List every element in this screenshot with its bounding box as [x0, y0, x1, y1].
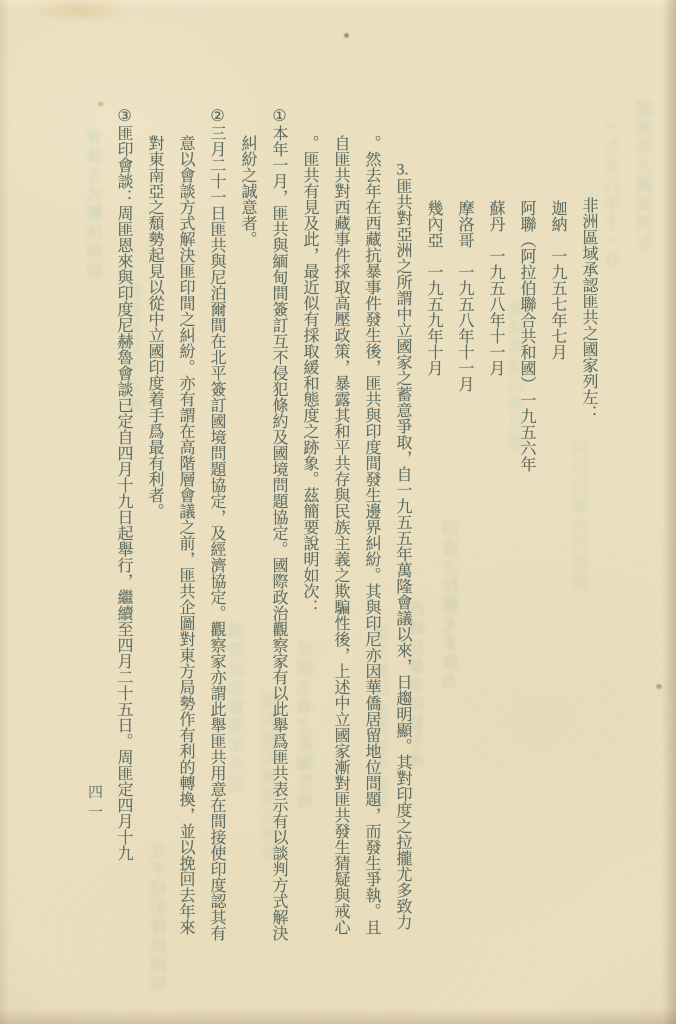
paragraph-text: 匪印會談：周匪恩來與印度尼赫魯會談已定自四月十九日起舉行，繼續至四月二十五日。周…	[115, 125, 132, 861]
country-name: 摩洛哥	[456, 200, 473, 248]
section-heading: 非洲區域承認匪共之國家列左：	[573, 135, 604, 943]
paragraph-item-1: ①本年一月，匪共與緬甸間簽訂互不侵犯條約及國境問題協定。國際政治觀察家有以此舉爲…	[232, 135, 294, 943]
paragraph-item-3: ③匪印會談：周匪恩來與印度尼赫魯會談已定自四月十九日起舉行，繼續至四月二十五日。…	[108, 135, 139, 943]
paragraph-text: 本年一月，匪共與緬甸間簽訂互不侵犯條約及國境問題協定。國際政治觀察家有以此舉爲匪…	[239, 125, 287, 941]
country-entry-sudan: 蘇丹 一九五八年十一月	[480, 135, 511, 943]
country-date: 一九五六年	[518, 392, 535, 472]
paragraph-marker: 3.	[394, 162, 411, 178]
country-separator	[487, 232, 504, 248]
bleedthrough-column: 一九五八年十一月	[604, 118, 625, 270]
country-name: 幾內亞	[425, 200, 442, 248]
country-entry-guinea: 幾內亞 一九五九年十月	[418, 135, 449, 943]
country-name: 阿聯（阿拉伯聯合共和國）	[518, 200, 535, 392]
item-marker: ②	[208, 106, 225, 125]
item-marker: ③	[115, 106, 132, 125]
bleedthrough-column: 認匪共之國家列左	[636, 100, 657, 252]
country-separator	[549, 232, 566, 248]
country-separator	[456, 248, 473, 264]
country-entry-morocco: 摩洛哥 一九五八年十一月	[449, 135, 480, 943]
scanned-document-page: 認匪共之國家列左 一九五八年十一月 萬隆會議以來日趨 阿拉伯聯合共和國 印度之拉…	[0, 0, 676, 1024]
country-date: 一九五九年十月	[425, 264, 442, 376]
country-entry-ghana: 迦納 一九五七年七月	[542, 135, 573, 943]
paragraph-text: 三月二十一日匪共與尼泊爾間在北平簽訂國境問題協定，及經濟協定。觀察家亦謂此舉匪共…	[146, 125, 225, 941]
country-name: 蘇丹	[487, 200, 504, 232]
country-date: 一九五八年十一月	[487, 248, 504, 376]
document-text-block: 非洲區域承認匪共之國家列左： 迦納 一九五七年七月 阿聯（阿拉伯聯合共和國）一九…	[104, 135, 604, 943]
page-number: 四一	[84, 784, 105, 824]
country-date: 一九五七年七月	[549, 248, 566, 360]
country-date: 一九五八年十一月	[456, 264, 473, 392]
paragraph-text: 匪共對亞洲之所謂中立國家之蓄意爭取，自一九五五年萬隆會議以來，日趨明顯。其對印度…	[301, 135, 411, 935]
paragraph-item-2: ②三月二十一日匪共與尼泊爾間在北平簽訂國境問題協定，及經濟協定。觀察家亦謂此舉匪…	[139, 135, 232, 943]
item-marker: ①	[270, 106, 287, 125]
country-name: 迦納	[549, 200, 566, 232]
paragraph-section-3: 3.匪共對亞洲之所謂中立國家之蓄意爭取，自一九五五年萬隆會議以來，日趨明顯。其對…	[294, 135, 418, 943]
country-entry-uar: 阿聯（阿拉伯聯合共和國）一九五六年	[511, 135, 542, 943]
country-separator	[425, 248, 442, 264]
